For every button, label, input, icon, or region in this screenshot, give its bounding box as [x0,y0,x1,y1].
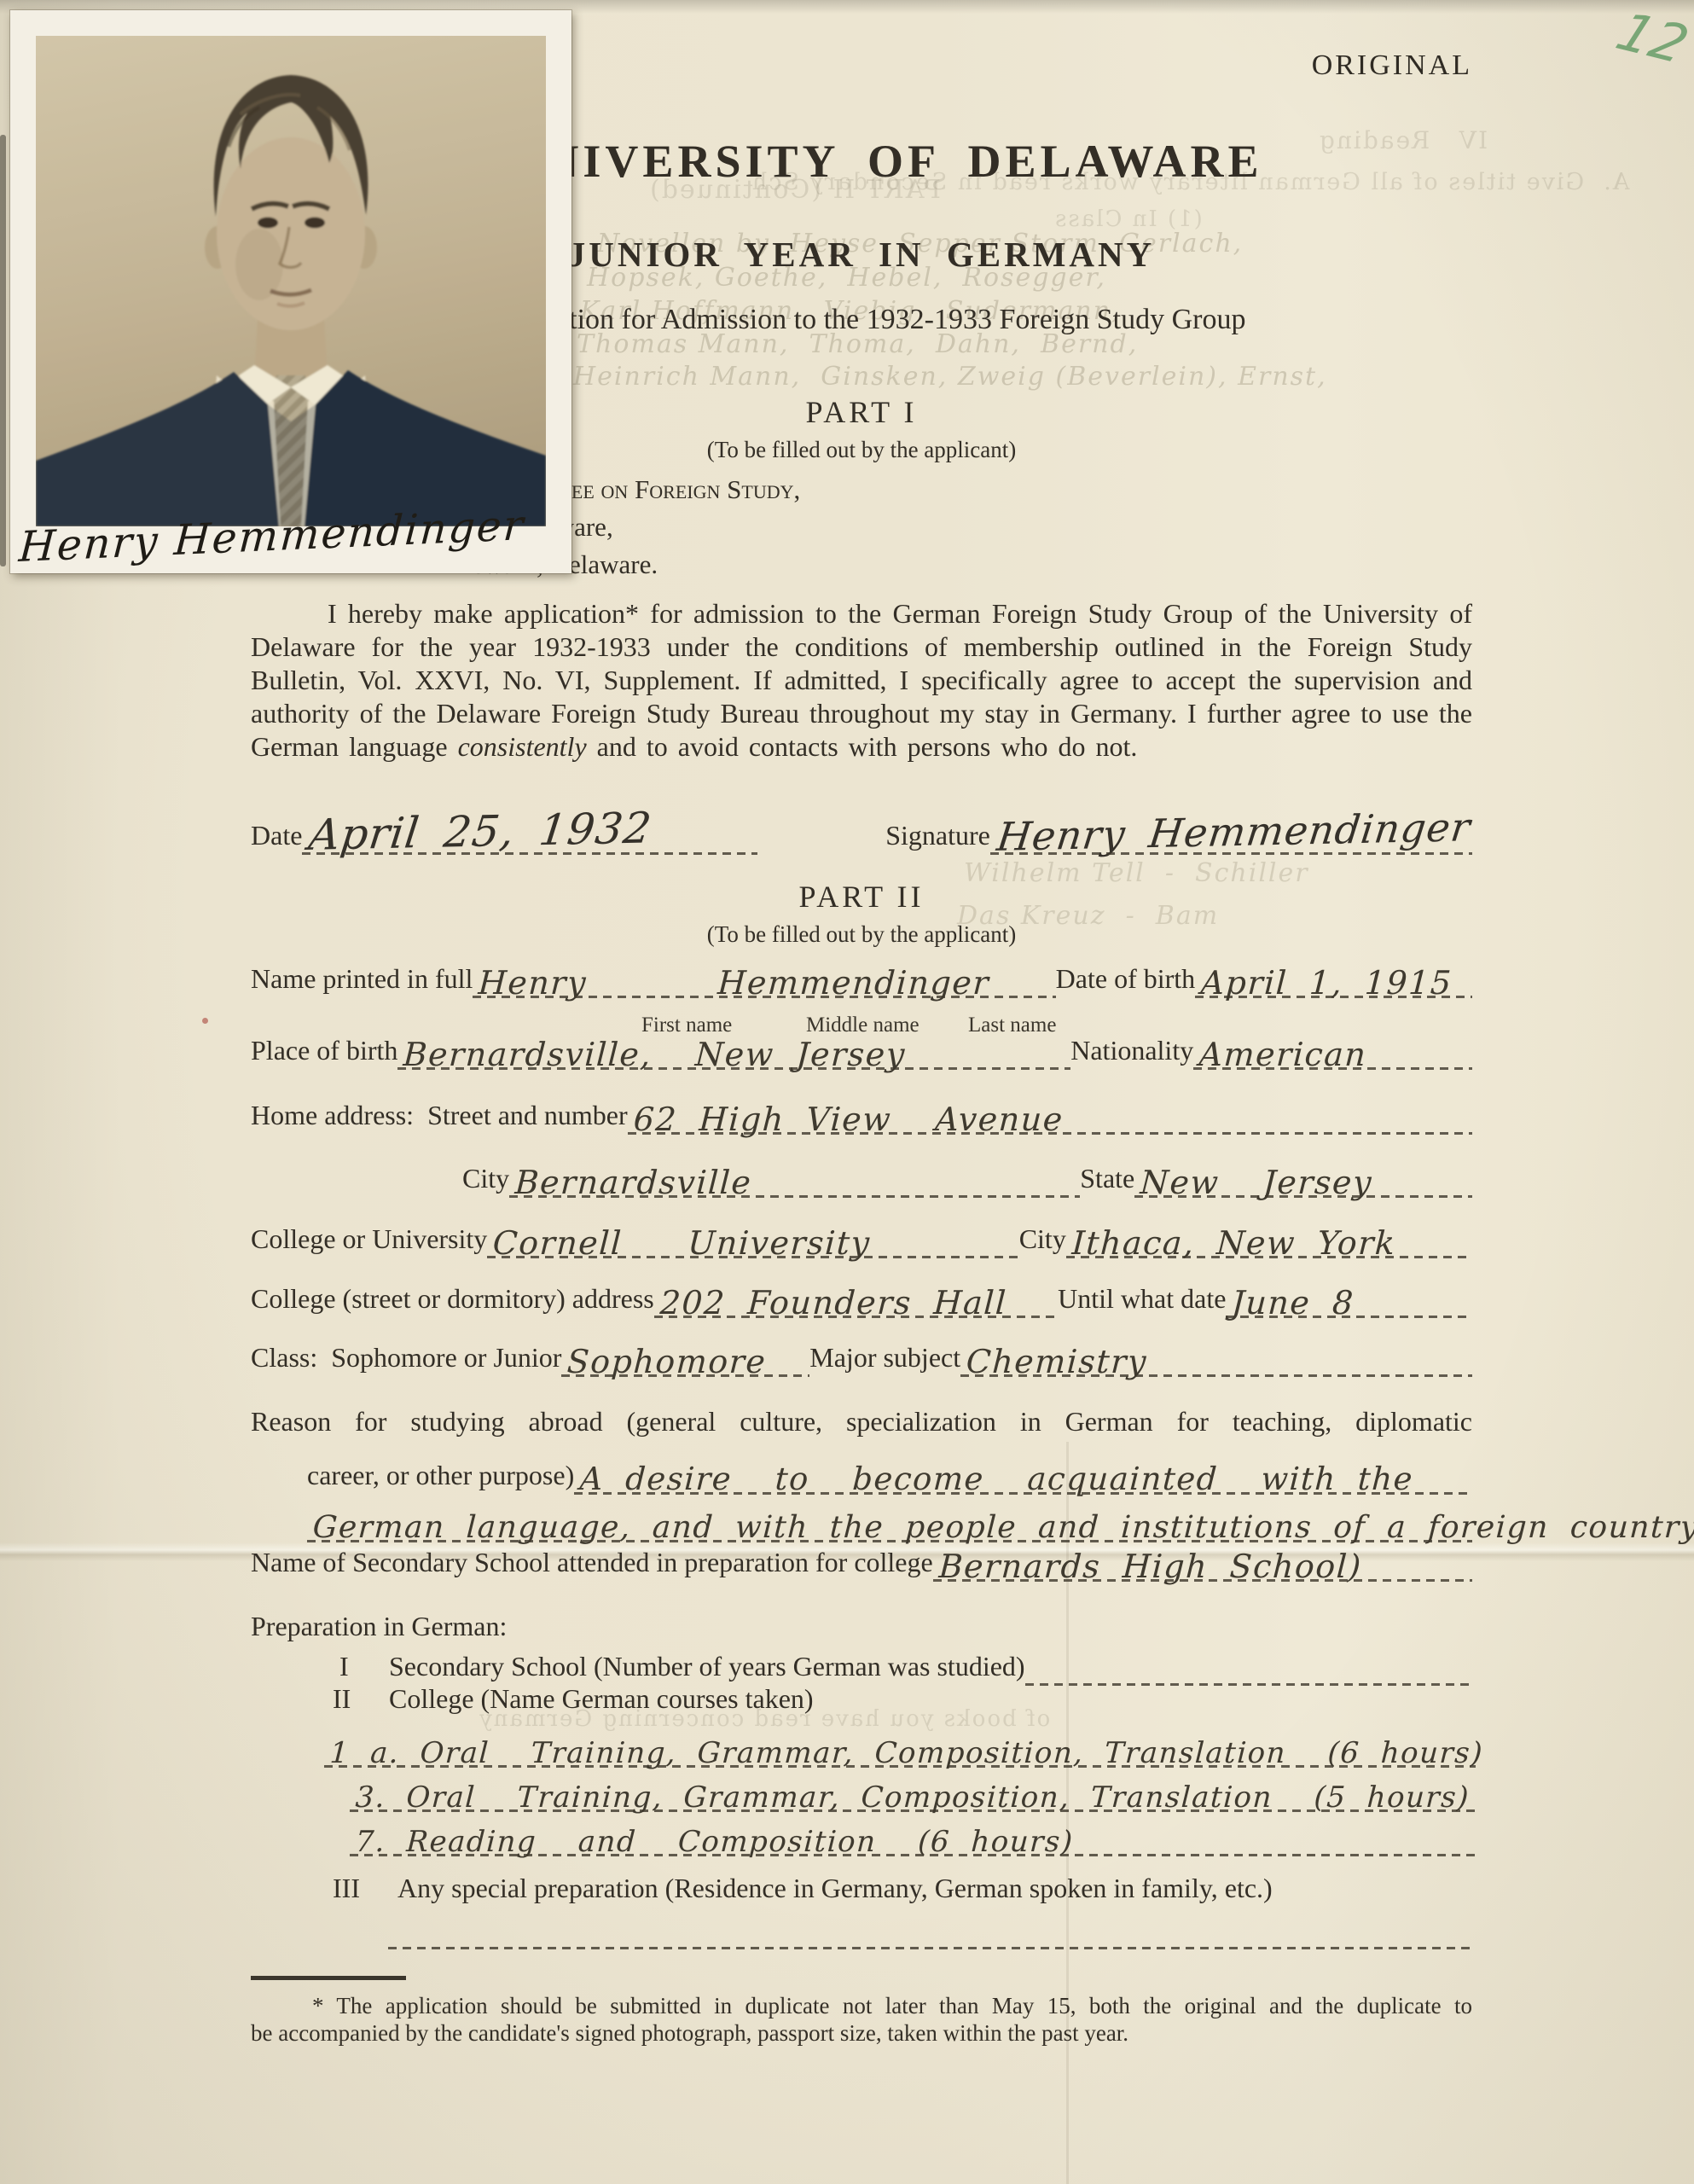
college-field: Cornell University [487,1231,1018,1264]
ink-speck [202,1018,208,1024]
college-row: College or University Cornell University… [251,1224,1472,1263]
name-handwritten: Henry Hemmendinger [473,971,995,996]
name-label: Name printed in full [251,963,473,1003]
reason-field-line2: German language, and with the people and… [307,1516,1472,1548]
reason-field-line1: A desire to become acquainted with the [574,1467,1472,1500]
secondary-school-row: Name of Secondary School attended in pre… [251,1548,1472,1587]
college-city-field: Ithaca, New York [1066,1231,1472,1264]
home-address-row: Home address: Street and number 62 High … [251,1101,1472,1140]
until-date-label: Until what date [1058,1283,1226,1323]
city-field: Bernardsville [509,1170,1080,1204]
home-address-field: 62 High View Avenue [628,1107,1472,1141]
college-city-label: City [1019,1223,1066,1263]
sublabel-first-name: First name [641,1014,732,1037]
class-handwritten: Sophomore [561,1350,772,1374]
course-field: 3. Oral Training, Grammar, Composition, … [350,1787,1476,1818]
date-label: Date [251,820,302,860]
part2-title: PART II [251,879,1472,915]
prep-item3-label: Any special preparation (Residence in Ge… [397,1873,1273,1913]
preparation-heading: Preparation in German: [251,1611,507,1642]
dorm-field: 202 Founders Hall [654,1291,1058,1324]
dob-label: Date of birth [1056,963,1196,1003]
course-field: 7. Reading and Composition (6 hours) [350,1832,1476,1862]
bleedthrough-handwriting: Heinrich Mann, Ginsken, Zweig (Beverlein… [573,362,1327,392]
date-signature-row: Date April 25, 1932 Signature Henry Hemm… [251,812,1472,860]
course-handwritten: 7. Reading and Composition (6 hours) [350,1832,1079,1854]
birthplace-label: Place of birth [251,1035,397,1075]
page-number-pencil: 12 [1608,1,1694,75]
name-row: Name printed in full Henry Hemmendinger … [251,964,1472,1003]
course-row: 3. Oral Training, Grammar, Composition, … [350,1778,1476,1817]
reason-row: career, or other purpose) A desire to be… [251,1455,1472,1500]
footnote-line2: be accompanied by the candidate's signed… [251,2020,1472,2046]
paragraph-italic: consistently [458,731,587,762]
birthplace-row: Place of birth Bernardsville, New Jersey… [251,1036,1472,1075]
dob-handwritten: April 1, 1915 [1195,971,1458,996]
class-row: Class: Sophomore or Junior Sophomore Maj… [251,1343,1472,1382]
footnote-line1: * The application should be submitted in… [251,1993,1472,2018]
signature-label: Signature [885,820,990,860]
course-row: 7. Reading and Composition (6 hours) [350,1822,1476,1862]
course-row: 1 a. Oral Training, Grammar, Composition… [324,1734,1476,1773]
birthplace-field: Bernardsville, New Jersey [397,1043,1070,1076]
empty-answer-line [388,1947,1472,1949]
sublabel-last-name: Last name [968,1014,1056,1037]
until-date-handwritten: June 8 [1226,1291,1360,1316]
until-date-field: June 8 [1226,1291,1472,1324]
course-field: 1 a. Oral Training, Grammar, Composition… [324,1743,1476,1774]
home-address-label: Home address: Street and number [251,1100,628,1140]
city-handwritten: Bernardsville [509,1170,757,1195]
scanned-application-form: PART II (Continued) IV Reading A. Give t… [0,0,1694,2184]
date-handwritten: April 25, 1932 [302,812,658,851]
sublabel-middle-name: Middle name [806,1014,920,1037]
dorm-label: College (street or dormitory) address [251,1283,654,1323]
secondary-school-handwritten: Bernards High School) [933,1554,1367,1579]
signature-field: Henry Hemmendinger [990,822,1472,861]
applicant-photo: Henry Hemmendinger [10,10,571,573]
name-field: Henry Hemmendinger [473,971,1055,1004]
college-city-handwritten: Ithaca, New York [1066,1231,1401,1256]
prep-item2-label: College (Name German courses taken) [389,1683,814,1723]
prep-item3-row: III Any special preparation (Residence i… [251,1873,1472,1913]
college-label: College or University [251,1223,487,1263]
paragraph-text: and to avoid contacts with persons who d… [587,731,1138,762]
home-address-handwritten: 62 High View Avenue [628,1107,1069,1132]
state-label: State [1080,1163,1134,1203]
reason-handwritten-line2: German language, and with the people and… [307,1516,1694,1539]
dob-field: April 1, 1915 [1195,971,1472,1004]
prep-item2-row: II College (Name German courses taken) [251,1684,1472,1723]
nationality-label: Nationality [1070,1035,1193,1075]
footnote-rule [251,1976,406,1980]
college-handwritten: Cornell University [487,1231,876,1256]
dorm-handwritten: 202 Founders Hall [654,1291,1012,1316]
birthplace-handwritten: Bernardsville, New Jersey [397,1043,912,1067]
city-label: City [462,1163,509,1203]
secondary-school-label: Name of Secondary School attended in pre… [251,1547,933,1587]
part2-instruction: (To be filled out by the applicant) [251,921,1472,948]
signature-handwritten: Henry Hemmendinger [990,812,1477,851]
scan-edge-artifact [0,135,6,566]
portrait-illustration [36,36,546,526]
nationality-handwritten: American [1193,1043,1372,1067]
state-field: New Jersey [1134,1170,1472,1204]
secondary-school-field: Bernards High School) [933,1554,1472,1588]
reason-label-line1: Reason for studying abroad (general cult… [251,1406,1472,1438]
major-field: Chemistry [960,1350,1472,1383]
original-stamp: ORIGINAL [1312,49,1472,82]
city-state-row: City Bernardsville State New Jersey [251,1164,1472,1203]
prep-item2-numeral: II [333,1683,389,1723]
dorm-row: College (street or dormitory) address 20… [251,1284,1472,1323]
reason-label-line2: career, or other purpose) [307,1460,574,1500]
application-paragraph: I hereby make application* for admission… [251,597,1472,764]
course-handwritten: 1 a. Oral Training, Grammar, Composition… [324,1743,1489,1765]
class-label: Class: Sophomore or Junior [251,1342,561,1382]
class-field: Sophomore [561,1350,809,1383]
prep-item3-numeral: III [333,1873,397,1913]
reason-handwritten-line1: A desire to become acquainted with the [574,1467,1419,1491]
applicant-photo-image [36,36,546,526]
reason-row2: German language, and with the people and… [307,1503,1472,1548]
major-handwritten: Chemistry [960,1350,1153,1374]
major-label: Major subject [809,1342,960,1382]
course-handwritten: 3. Oral Training, Grammar, Composition, … [350,1787,1476,1809]
date-field: April 25, 1932 [302,820,757,861]
nationality-field: American [1193,1043,1472,1076]
state-handwritten: New Jersey [1134,1170,1378,1195]
